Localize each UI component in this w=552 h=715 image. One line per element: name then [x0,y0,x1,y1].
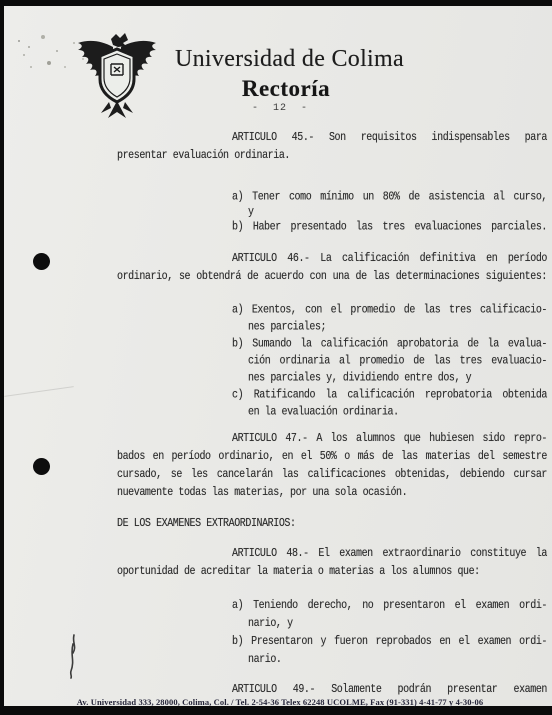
office-title: Rectoría [175,76,397,102]
article-45-paragraph: ARTICULO 45.- Son requisitos indispensab… [117,130,547,166]
document-body: ARTICULO 45.- Son requisitos indispensab… [117,130,547,700]
text-line: nuevamente todas las materias, por una s… [117,483,547,504]
text-line: oportunidad de acreditar la materia o ma… [117,562,547,583]
article-45-list: a) Tener como mínimo un 80% de asistenci… [117,190,547,235]
text-line: presentar evaluación ordinaria. [117,146,547,167]
article-47-paragraph: ARTICULO 47.- A los alumnos que hubiesen… [117,431,547,503]
hole-punch-icon [33,458,50,475]
article-48-paragraph: ARTICULO 48.- El examen extraordinario c… [117,546,547,582]
section-heading: DE LOS EXAMENES EXTRAORDINARIOS: [117,516,547,534]
scan-noise-speckles [18,40,20,42]
article-46-paragraph: ARTICULO 46.- La calificación definitiva… [117,251,547,287]
list-item-continuation: nario. [117,650,547,671]
article-46-list: a) Exentos, con el promedio de las tres … [117,302,547,421]
list-item-continuation: en la evaluación ordinaria. [117,402,547,422]
text-line: ordinario, se obtendrá de acuerdo con un… [117,267,547,288]
section-heading-text: DE LOS EXAMENES EXTRAORDINARIOS: [117,514,547,535]
hole-punch-icon [33,253,50,270]
pen-scribble-mark [66,633,82,684]
article-48-list: a) Teniendo derecho, no presentaron el e… [117,598,547,670]
page-number: - 12 - [200,103,360,114]
university-coat-of-arms-icon [70,33,164,124]
university-name: Universidad de Colima [175,46,405,73]
list-item: b) Haber presentado las tres evaluacione… [117,219,547,237]
paper-crease [4,386,73,397]
footer-address: Av. Universidad 333, 28000, Colima, Col.… [12,697,548,707]
scanned-page: Universidad de Colima Rectoría - 12 - AR… [4,6,552,706]
